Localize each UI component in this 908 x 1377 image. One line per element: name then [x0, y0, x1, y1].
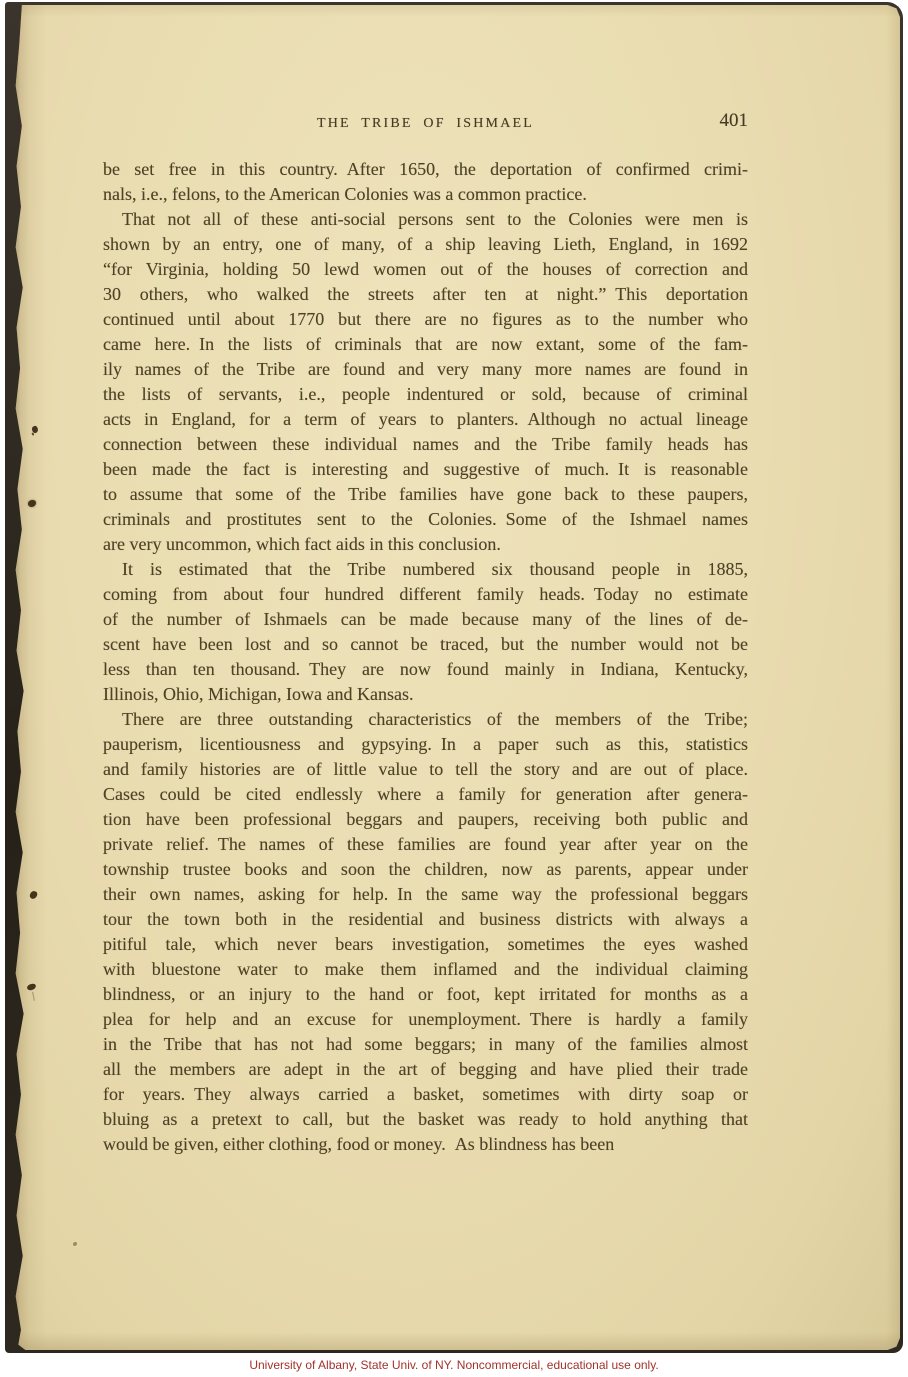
text-line: 30 others, who walked the streets after … [103, 282, 748, 307]
text-line: and family histories are of little value… [103, 757, 748, 782]
text-line: blindness, or an injury to the hand or f… [103, 982, 748, 1007]
text-line: coming from about four hundred different… [103, 582, 748, 607]
text-line: with bluestone water to make them inflam… [103, 957, 748, 982]
text-block: be set free in this country. After 1650,… [103, 157, 748, 1157]
text-line: came here. In the lists of criminals tha… [103, 332, 748, 357]
text-line: would be given, either clothing, food or… [103, 1132, 748, 1157]
text-line: bluing as a pretext to call, but the bas… [103, 1107, 748, 1132]
text-line: the lists of servants, i.e., people inde… [103, 382, 748, 407]
text-line: That not all of these anti-social person… [103, 207, 748, 232]
text-line: ily names of the Tribe are found and ver… [103, 357, 748, 382]
paper-speck [28, 500, 36, 507]
text-line: less than ten thousand. They are now fou… [103, 657, 748, 682]
scan-background: THE TRIBE OF ISHMAEL 401 be set free in … [5, 2, 903, 1353]
text-line: in the Tribe that has not had some begga… [103, 1032, 748, 1057]
paper-speck [29, 890, 38, 900]
text-line: acts in England, for a term of years to … [103, 407, 748, 432]
text-line: There are three outstanding characterist… [103, 707, 748, 732]
text-line: to assume that some of the Tribe familie… [103, 482, 748, 507]
text-line: criminals and prostitutes sent to the Co… [103, 507, 748, 532]
text-line: been made the fact is interesting and su… [103, 457, 748, 482]
text-line: pitiful tale, which never bears investig… [103, 932, 748, 957]
text-line: scent have been lost and so cannot be tr… [103, 632, 748, 657]
text-line: of the number of Ishmaels can be made be… [103, 607, 748, 632]
page-number: 401 [720, 110, 749, 132]
text-line: tour the town both in the residential an… [103, 907, 748, 932]
text-line: shown by an entry, one of many, of a shi… [103, 232, 748, 257]
text-line: private relief. The names of these famil… [103, 832, 748, 857]
paper-speck [73, 1242, 77, 1246]
page-title: THE TRIBE OF ISHMAEL [103, 116, 748, 132]
text-line: Illinois, Ohio, Michigan, Iowa and Kansa… [103, 682, 748, 707]
paper-speck [26, 983, 36, 991]
text-line: all the members are adept in the art of … [103, 1057, 748, 1082]
text-line: nals, i.e., felons, to the American Colo… [103, 182, 748, 207]
text-line: for years. They always carried a basket,… [103, 1082, 748, 1107]
text-line: tion have been professional beggars and … [103, 807, 748, 832]
text-line: “for Virginia, holding 50 lewd women out… [103, 257, 748, 282]
text-line: connection between these individual name… [103, 432, 748, 457]
text-line: pauperism, licentiousness and gypsying. … [103, 732, 748, 757]
text-line: township trustee books and soon the chil… [103, 857, 748, 882]
text-line: are very uncommon, which fact aids in th… [103, 532, 748, 557]
text-line: continued until about 1770 but there are… [103, 307, 748, 332]
text-line: be set free in this country. After 1650,… [103, 157, 748, 182]
footer-strip: University of Albany, State Univ. of NY.… [0, 1353, 908, 1377]
copyright-notice: University of Albany, State Univ. of NY.… [249, 1358, 658, 1372]
text-line: It is estimated that the Tribe numbered … [103, 557, 748, 582]
text-line: their own names, asking for help. In the… [103, 882, 748, 907]
paper-speck [31, 425, 40, 434]
book-page: THE TRIBE OF ISHMAEL 401 be set free in … [13, 5, 900, 1350]
page-header: THE TRIBE OF ISHMAEL 401 [103, 113, 748, 139]
text-line: Cases could be cited endlessly where a f… [103, 782, 748, 807]
text-line: plea for help and an excuse for unemploy… [103, 1007, 748, 1032]
